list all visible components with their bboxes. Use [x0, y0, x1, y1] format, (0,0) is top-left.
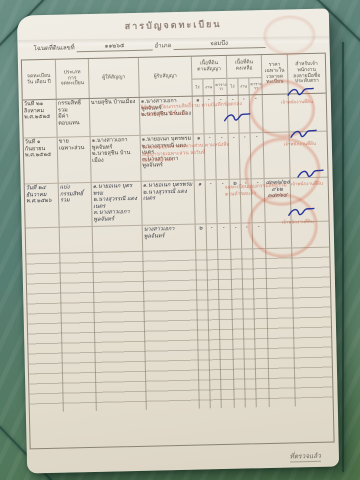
cell-contract-rai: ๑: [193, 96, 205, 133]
official-signature: [223, 111, 251, 124]
official-signature: [287, 86, 315, 99]
header-rai: ไร่: [192, 79, 203, 95]
cell-type: แบ่ง กรรมสิทธิ์รวม: [59, 183, 93, 227]
cell-contract-wa: -: [217, 180, 231, 223]
tile-grout-line: [342, 42, 344, 472]
cell-date: วันที่ ๒๑ สิงหาคม พ.ศ.๒๕๒๕: [23, 100, 58, 138]
cell-type: ขาย เฉพาะส่วน: [58, 137, 92, 183]
cell-contract-ngan: -: [207, 224, 219, 249]
cell-grantor: ๑.นางสาวเอกา พูลจันทร์ ๒.นายสุชิน บ้านเม…: [91, 136, 142, 182]
red-seal-stamp: [263, 15, 316, 56]
header-grantee: ผู้รับสัญญา: [139, 57, 193, 97]
header-ngan: งาน: [203, 79, 214, 95]
cell-remain-rai: -: [231, 224, 243, 249]
cell-contract-wa: -: [216, 134, 230, 179]
header-rai: ไร่: [227, 79, 238, 95]
cell-grantee: ๑.นายอเนก บุตรพรม ๒.นางสุวรรณี แดงเนตร ๓…: [141, 135, 195, 181]
header-date: จดทะเบียน วัน เดือน ปี: [22, 60, 57, 100]
cell-type: กรรมสิทธิ์รวม มีค่าตอบแทน: [57, 99, 91, 137]
cell-contract-wa: -: [218, 224, 232, 249]
deed-number-label: โฉนดที่ดินเลขที่: [31, 42, 76, 53]
handwritten-note: ที่ตรวจแล้ว: [290, 451, 322, 463]
cell-contract-rai: ๒: [196, 224, 208, 249]
header-ngan: งาน: [238, 78, 249, 94]
cell-date: [26, 228, 61, 254]
empty-ruled-rows: [26, 248, 333, 413]
official-signature: [289, 128, 317, 141]
official-signature: [287, 206, 315, 219]
photo-of-land-deed-on-tile-floor: { "colors": { "tile_green": "#577e73", "…: [0, 0, 360, 480]
header-type: ประเภท การ จดทะเบียน: [56, 59, 90, 99]
header-area-contract: เนื้อที่ดิน ตามสัญญา: [192, 56, 227, 80]
district-value: จอมบึง: [173, 37, 265, 50]
cell-date: วันที่ ๒๔ ธันวาคม พ.ศ.๒๕๒๖: [25, 184, 60, 228]
header-area-remain: เนื้อที่ดิน คงเหลือ: [227, 55, 262, 79]
cell-grantee: ๑.นายอเนก บุตรพรม ๒.นางสุวรรณี แดงเนตร: [142, 181, 196, 225]
district-label: อำเภอ: [152, 40, 173, 50]
cell-grantee: นางสาวเอกา พูลจันทร์: [143, 225, 197, 251]
deed-number-value: ๑๑๒๖๕: [76, 40, 152, 53]
cell-grantor: [93, 226, 144, 252]
cell-grantee: ๑.นางสาวเอกา พูลจันทร์ ๒.นายสุชิน บ้านเม…: [140, 97, 194, 135]
cell-date: วันที่ ๑ กันยายน พ.ศ.๒๕๒๕: [24, 138, 59, 184]
cell-type: [60, 227, 94, 253]
header-wa: ตาราง วา: [214, 79, 227, 95]
cell-grantor: ๑.นายอเนก บุตรพรม ๒.นางสุวรรณี แดงเนตร ๓…: [92, 182, 143, 226]
official-signature: [296, 168, 324, 181]
cell-grantor: นายสุชิน บ้านเมือง: [90, 98, 141, 136]
land-deed-registry-page: สารบัญจดทะเบียน โฉนดที่ดินเลขที่ ๑๑๒๖๕ อ…: [17, 9, 339, 474]
cell-contract-ngan: -: [204, 96, 216, 133]
header-area-contract-group: เนื้อที่ดิน ตามสัญญา ไร่ งาน ตาราง วา: [192, 56, 228, 96]
header-grantor: ผู้ให้สัญญา: [89, 58, 140, 98]
